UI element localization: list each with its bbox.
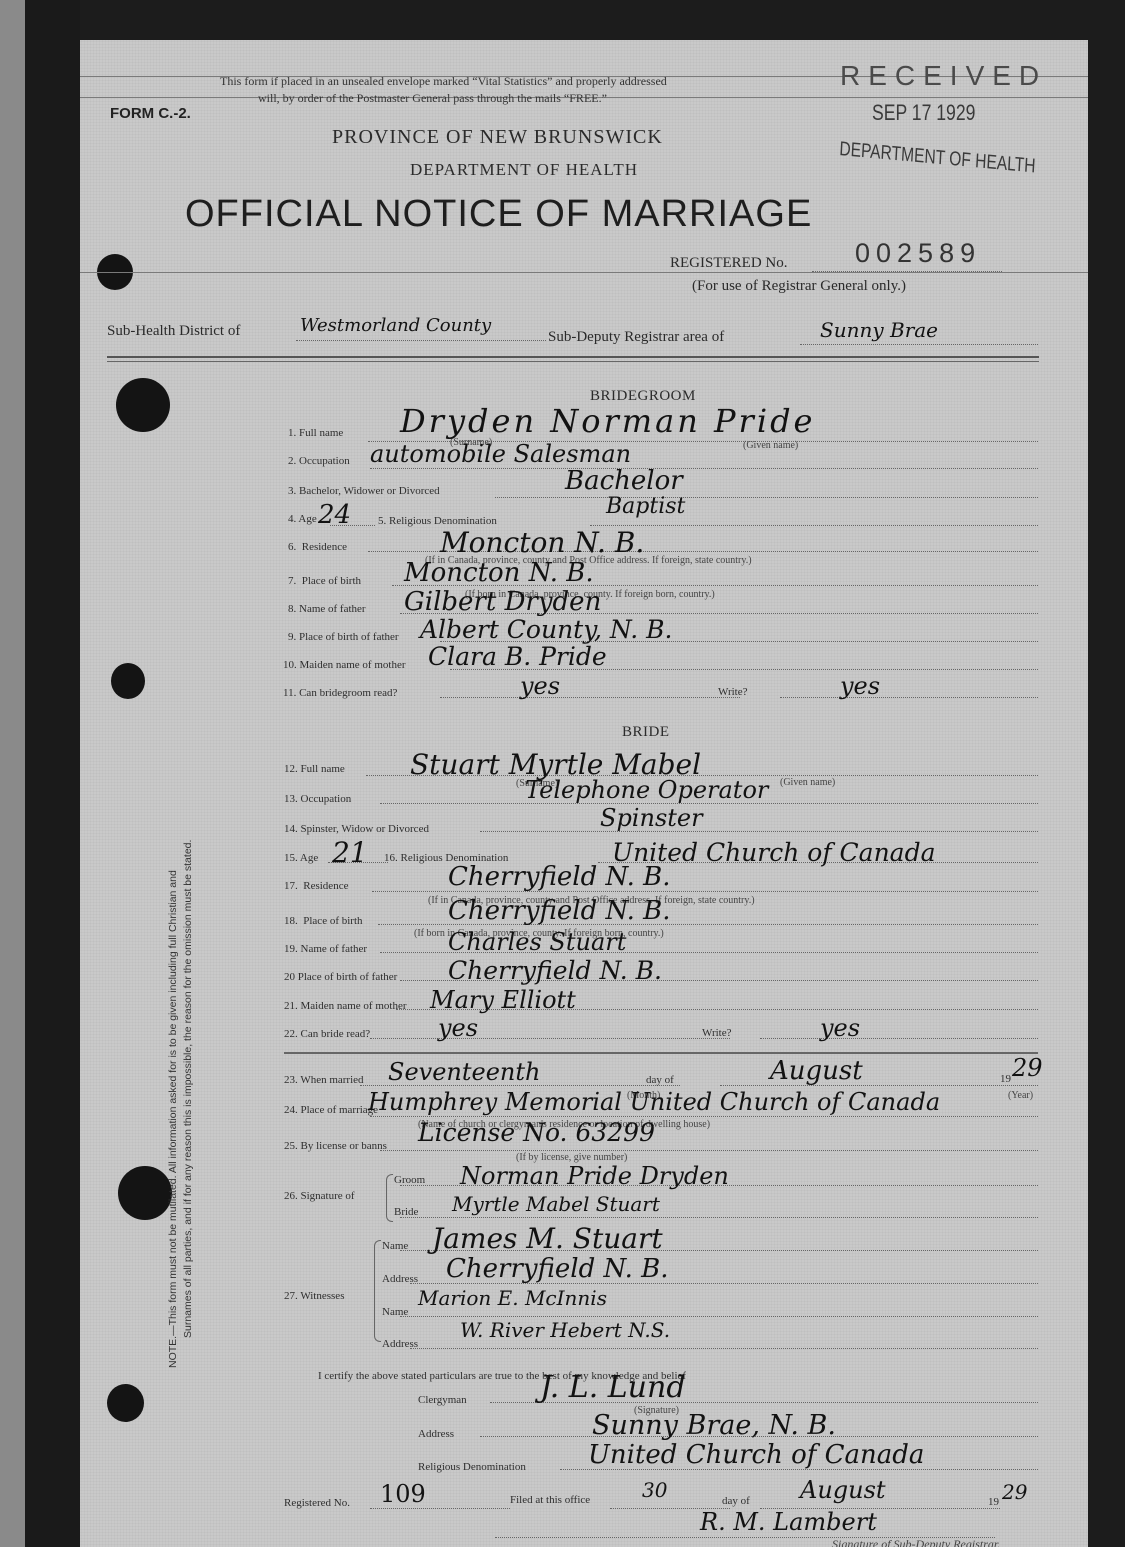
place-of-marriage-value[interactable]: Humphrey Memorial United Church of Canad… <box>368 1088 940 1116</box>
bride-occupation-label: 13. Occupation <box>284 793 351 805</box>
marriage-day-value[interactable]: Seventeenth <box>388 1058 540 1086</box>
filing-registered-value[interactable]: 109 <box>380 1480 426 1508</box>
witness1-address-label: Address <box>382 1273 418 1285</box>
witness2-address-value[interactable]: W. River Hebert N.S. <box>460 1318 670 1342</box>
bride-birthplace-label: 18. Place of birth <box>284 915 363 927</box>
sub-deputy-area-value[interactable]: Sunny Brae <box>820 318 938 342</box>
groom-can-write-value[interactable]: yes <box>840 672 880 700</box>
field-line <box>760 1038 1038 1039</box>
groom-full-name-label: 1. Full name <box>288 427 343 439</box>
bride-occupation-value[interactable]: Telephone Operator <box>525 776 768 804</box>
hole-punch <box>107 1384 144 1422</box>
sub-health-district-line <box>296 340 546 341</box>
witness2-address-label: Address <box>382 1338 418 1350</box>
registrar-note: (For use of Registrar General only.) <box>692 278 906 295</box>
when-married-label: 23. When married <box>284 1074 364 1086</box>
received-stamp: RECEIVED <box>840 60 1047 92</box>
witnesses-brace <box>374 1240 381 1342</box>
groom-can-read-label: 11. Can bridegroom read? <box>283 687 397 699</box>
groom-can-read-value[interactable]: yes <box>520 672 560 700</box>
groom-religion-value[interactable]: Baptist <box>606 494 685 519</box>
groom-mother-maiden-label: 10. Maiden name of mother <box>283 659 406 671</box>
filed-at-office-label: Filed at this office <box>510 1494 590 1506</box>
bride-age-value[interactable]: 21 <box>332 836 368 869</box>
bride-birthplace-value[interactable]: Cherryfield N. B. <box>448 896 671 926</box>
sub-health-district-label: Sub-Health District of <box>107 323 240 340</box>
bride-father-birthplace-value[interactable]: Cherryfield N. B. <box>448 956 662 985</box>
bride-father-name-value[interactable]: Charles Stuart <box>448 928 626 956</box>
hole-punch <box>116 378 170 432</box>
stamp-date: SEP 17 1929 <box>872 100 975 126</box>
sub-deputy-area-line <box>800 344 1038 345</box>
bride-residence-label: 17. Residence <box>284 880 348 892</box>
bride-signature-label: Bride <box>394 1206 418 1218</box>
clergyman-label: Clergyman <box>418 1394 467 1406</box>
groom-given-hint: (Given name) <box>743 440 798 451</box>
scan-left-margin <box>0 0 25 1547</box>
filing-year-prefix: 19 <box>988 1496 999 1508</box>
field-line <box>400 1316 1038 1317</box>
groom-marital-status-value[interactable]: Bachelor <box>565 466 683 496</box>
clergyman-address-value[interactable]: Sunny Brae, N. B. <box>592 1410 836 1441</box>
clergyman-signature-value[interactable]: J. L. Lund <box>540 1370 686 1405</box>
witnesses-label: 27. Witnesses <box>284 1290 344 1302</box>
filed-month-value[interactable]: August <box>800 1476 886 1504</box>
groom-birthplace-label: 7. Place of birth <box>288 575 361 587</box>
bride-given-hint: (Given name) <box>780 777 835 788</box>
side-note: NOTE.—This form must not be mutilated. A… <box>166 608 196 1368</box>
witness1-name-label: Name <box>382 1240 408 1252</box>
district-divider <box>107 356 1039 362</box>
groom-father-name-label: 8. Name of father <box>288 603 366 615</box>
field-line <box>440 697 740 698</box>
groom-age-label: 4. Age <box>288 513 317 525</box>
side-note-line1: NOTE.—This form must not be mutilated. A… <box>166 608 181 1368</box>
groom-signature-value[interactable]: Norman Pride Dryden <box>460 1162 729 1190</box>
groom-signature-label: Groom <box>394 1174 425 1186</box>
bride-mother-maiden-value[interactable]: Mary Elliott <box>430 986 576 1014</box>
registered-number-label: REGISTERED No. <box>670 255 788 272</box>
filed-year-value[interactable]: 29 <box>1002 1480 1027 1504</box>
header-rule-mid <box>80 272 1088 273</box>
bride-father-name-label: 19. Name of father <box>284 943 367 955</box>
field-line <box>780 697 1038 698</box>
bride-heading: BRIDE <box>622 724 670 741</box>
groom-marital-status-label: 3. Bachelor, Widower or Divorced <box>288 485 440 497</box>
clergyman-address-label: Address <box>418 1428 454 1440</box>
year-prefix: 19 <box>1000 1073 1011 1085</box>
field-line <box>370 1116 1038 1117</box>
registrar-signature-value[interactable]: R. M. Lambert <box>700 1508 877 1536</box>
bride-can-write-label: Write? <box>702 1027 731 1039</box>
groom-residence-label: 6. Residence <box>288 541 347 553</box>
witness2-name-label: Name <box>382 1306 408 1318</box>
bride-father-birthplace-label: 20 Place of birth of father <box>284 971 397 983</box>
hole-punch <box>118 1166 172 1220</box>
groom-father-birthplace-value[interactable]: Albert County, N. B. <box>420 615 672 644</box>
groom-father-name-value[interactable]: Gilbert Dryden <box>404 587 601 617</box>
day-of-label: day of <box>646 1074 674 1086</box>
stamp-received-text: RECEIVED <box>840 60 1047 91</box>
hole-punch <box>111 663 145 699</box>
groom-father-birthplace-label: 9. Place of birth of father <box>288 631 399 643</box>
bride-marital-status-value[interactable]: Spinster <box>600 804 703 832</box>
sub-deputy-area-label: Sub-Deputy Registrar area of <box>548 329 724 346</box>
bride-can-read-value[interactable]: yes <box>438 1014 478 1042</box>
sub-health-district-value[interactable]: Westmorland County <box>300 315 491 336</box>
witness1-address-value[interactable]: Cherryfield N. B. <box>446 1254 669 1284</box>
mail-notice-line2: will, by order of the Postmaster General… <box>258 91 607 106</box>
groom-age-value[interactable]: 24 <box>318 500 351 530</box>
groom-can-write-label: Write? <box>718 686 747 698</box>
bride-mother-maiden-label: 21. Maiden name of mother <box>284 1000 407 1012</box>
bride-can-write-value[interactable]: yes <box>820 1014 860 1042</box>
mail-notice-line1: This form if placed in an unsealed envel… <box>220 74 667 89</box>
bride-can-read-label: 22. Can bride read? <box>284 1028 370 1040</box>
bride-signature-value[interactable]: Myrtle Mabel Stuart <box>452 1192 660 1216</box>
scan-dark-border <box>25 0 80 1547</box>
field-line <box>380 1150 1038 1151</box>
filing-day-of-label: day of <box>722 1495 750 1507</box>
groom-occupation-label: 2. Occupation <box>288 455 350 467</box>
field-line <box>370 468 1038 469</box>
groom-residence-value[interactable]: Moncton N. B. <box>440 526 644 559</box>
field-line <box>370 1038 730 1039</box>
filed-day-value[interactable]: 30 <box>642 1478 667 1502</box>
groom-occupation-value[interactable]: automobile Salesman <box>370 440 631 468</box>
license-value[interactable]: License No. 63299 <box>418 1118 655 1147</box>
department-heading: DEPARTMENT OF HEALTH <box>410 160 638 180</box>
field-line <box>410 1348 1038 1349</box>
filing-registered-label: Registered No. <box>284 1497 350 1509</box>
license-label: 25. By license or banns <box>284 1140 387 1152</box>
bride-full-name-label: 12. Full name <box>284 763 345 775</box>
witness1-name-value[interactable]: James M. Stuart <box>432 1222 663 1255</box>
marriage-month-value[interactable]: August <box>770 1056 863 1086</box>
field-line <box>480 831 1038 832</box>
field-line <box>370 1508 510 1509</box>
field-line <box>400 1217 1038 1218</box>
registrar-signature-label: Signature of Sub-Deputy Registrar. <box>832 1537 1000 1547</box>
side-note-line2: Surnames of all parties, and if for any … <box>181 608 196 1368</box>
signature-of-label: 26. Signature of <box>284 1190 355 1202</box>
place-of-marriage-label: 24. Place of marriage <box>284 1104 378 1116</box>
groom-full-name-value[interactable]: Dryden Norman Pride <box>400 402 815 440</box>
section-divider <box>284 1052 1038 1054</box>
page-title: OFFICIAL NOTICE OF MARRIAGE <box>185 193 812 236</box>
clergyman-denomination-value[interactable]: United Church of Canada <box>588 1440 924 1470</box>
clergyman-denomination-label: Religious Denomination <box>418 1461 526 1473</box>
bride-residence-value[interactable]: Cherryfield N. B. <box>448 862 671 892</box>
signature-brace <box>386 1174 393 1222</box>
field-line <box>590 525 1038 526</box>
field-line <box>495 497 1038 498</box>
bride-marital-status-label: 14. Spinster, Widow or Divorced <box>284 823 429 835</box>
year-hint: (Year) <box>1008 1090 1033 1101</box>
bride-age-label: 15. Age <box>284 852 318 864</box>
form-id: FORM C.-2. <box>110 105 191 122</box>
field-line <box>720 1085 1038 1086</box>
groom-birthplace-value[interactable]: Moncton N. B. <box>404 558 594 588</box>
groom-mother-maiden-value[interactable]: Clara B. Pride <box>428 642 607 671</box>
registered-number-value: 002589 <box>855 238 981 269</box>
witness2-name-value[interactable]: Marion E. McInnis <box>418 1286 607 1310</box>
marriage-year-value[interactable]: 29 <box>1012 1054 1043 1082</box>
province-heading: PROVINCE OF NEW BRUNSWICK <box>332 126 663 149</box>
